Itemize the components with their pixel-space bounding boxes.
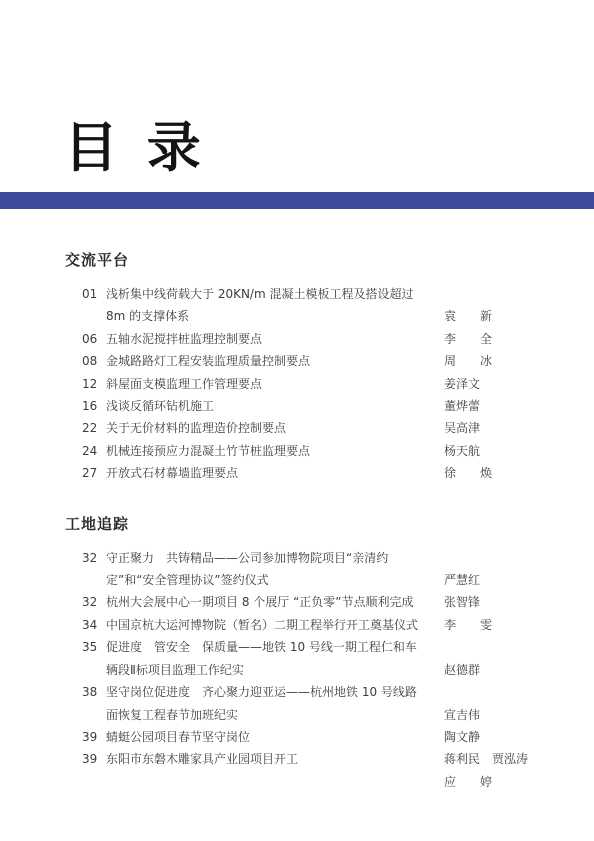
toc-entry: 27 开放式石材幕墙监理要点 徐 焕: [82, 462, 530, 484]
entry-author: 袁 新: [444, 305, 530, 327]
toc-entry: 38 坚守岗位促进度 齐心聚力迎亚运——杭州地铁 10 号线路面恢复工程春节加班…: [82, 681, 530, 726]
entry-title: 东阳市东磐木雕家具产业园项目开工: [106, 748, 426, 793]
entry-author: 宣吉伟: [444, 704, 530, 726]
entry-author: 蒋利民 贾泓涛: [444, 748, 530, 770]
entry-page-number: 01: [82, 283, 106, 328]
entry-author: 李 雯: [444, 614, 530, 636]
entry-page-number: 39: [82, 748, 106, 793]
entry-page-number: 22: [82, 417, 106, 439]
entry-page-number: 38: [82, 681, 106, 726]
toc-entry: 22 关于无价材料的监理造价控制要点 吴高津: [82, 417, 530, 439]
section-heading: 交流平台: [65, 249, 530, 270]
entry-title: 中国京杭大运河博物院（暂名）二期工程举行开工奠基仪式: [106, 614, 426, 636]
entry-title: 守正聚力 共铸精品——公司参加博物院项目“亲清约定”和“安全管理协议”签约仪式: [106, 547, 426, 592]
entry-author: 姜泽文: [444, 373, 530, 395]
entry-authors: 姜泽文: [444, 373, 530, 395]
toc-entry: 35 促进度 管安全 保质量——地铁 10 号线一期工程仁和车辆段Ⅱ标项目监理工…: [82, 636, 530, 681]
entry-page-number: 24: [82, 440, 106, 462]
entry-page-number: 32: [82, 547, 106, 592]
toc-section: 交流平台 01 浅析集中线荷载大于 20KN/m 混凝土模板工程及搭设超过 8m…: [64, 249, 530, 485]
entry-title: 蜻蜓公园项目春节坚守岗位: [106, 726, 426, 748]
entry-title: 机械连接预应力混凝土竹节桩监理要点: [106, 440, 426, 462]
entry-author: 张智锋: [444, 591, 530, 613]
entry-page-number: 34: [82, 614, 106, 636]
section-heading: 工地追踪: [65, 513, 530, 534]
entry-author: 周 冰: [444, 350, 530, 372]
entry-authors: 徐 焕: [444, 462, 530, 484]
toc-entry: 08 金城路路灯工程安装监理质量控制要点 周 冰: [82, 350, 530, 372]
toc-entry: 16 浅谈反循环钻机施工 董烨蕾: [82, 395, 530, 417]
entry-authors: 袁 新: [444, 305, 530, 327]
entry-author: 吴高津: [444, 417, 530, 439]
masthead: 目 录: [0, 0, 594, 174]
entry-title: 浅谈反循环钻机施工: [106, 395, 426, 417]
section-entries: 32 守正聚力 共铸精品——公司参加博物院项目“亲清约定”和“安全管理协议”签约…: [64, 547, 530, 793]
entry-author-secondary: 应 婷: [444, 771, 530, 793]
entry-authors: 李 全: [444, 328, 530, 350]
entry-authors: 杨天航: [444, 440, 530, 462]
toc-section: 工地追踪 32 守正聚力 共铸精品——公司参加博物院项目“亲清约定”和“安全管理…: [64, 513, 530, 793]
toc-entry: 32 守正聚力 共铸精品——公司参加博物院项目“亲清约定”和“安全管理协议”签约…: [82, 547, 530, 592]
toc-entry: 34 中国京杭大运河博物院（暂名）二期工程举行开工奠基仪式 李 雯: [82, 614, 530, 636]
entry-title: 促进度 管安全 保质量——地铁 10 号线一期工程仁和车辆段Ⅱ标项目监理工作纪实: [106, 636, 426, 681]
entry-page-number: 39: [82, 726, 106, 748]
entry-authors: 李 雯: [444, 614, 530, 636]
toc-entry: 32 杭州大会展中心一期项目 8 个展厅 “正负零”节点顺利完成 张智锋: [82, 591, 530, 613]
entry-author: 赵德群: [444, 659, 530, 681]
entry-page-number: 08: [82, 350, 106, 372]
entry-authors: 宣吉伟: [444, 704, 530, 726]
entry-title: 金城路路灯工程安装监理质量控制要点: [106, 350, 426, 372]
entry-authors: 陶文静: [444, 726, 530, 748]
entry-authors: 赵德群: [444, 659, 530, 681]
entry-author: 徐 焕: [444, 462, 530, 484]
entry-page-number: 27: [82, 462, 106, 484]
entry-title: 关于无价材料的监理造价控制要点: [106, 417, 426, 439]
accent-bar: [0, 192, 594, 209]
entry-authors: 董烨蕾: [444, 395, 530, 417]
entry-title: 浅析集中线荷载大于 20KN/m 混凝土模板工程及搭设超过 8m 的支撑体系: [106, 283, 426, 328]
toc-entry: 39 东阳市东磐木雕家具产业园项目开工 蒋利民 贾泓涛 应 婷: [82, 748, 530, 793]
entry-authors: 张智锋: [444, 591, 530, 613]
entry-page-number: 35: [82, 636, 106, 681]
toc-page: 目 录 交流平台 01 浅析集中线荷载大于 20KN/m 混凝土模板工程及搭设超…: [0, 0, 594, 841]
entry-title: 坚守岗位促进度 齐心聚力迎亚运——杭州地铁 10 号线路面恢复工程春节加班纪实: [106, 681, 426, 726]
entry-author: 陶文静: [444, 726, 530, 748]
entry-author: 董烨蕾: [444, 395, 530, 417]
entry-page-number: 06: [82, 328, 106, 350]
toc-entry: 24 机械连接预应力混凝土竹节桩监理要点 杨天航: [82, 440, 530, 462]
entry-author: 杨天航: [444, 440, 530, 462]
entry-page-number: 32: [82, 591, 106, 613]
entry-authors: 周 冰: [444, 350, 530, 372]
section-entries: 01 浅析集中线荷载大于 20KN/m 混凝土模板工程及搭设超过 8m 的支撑体…: [64, 283, 530, 485]
toc-entry: 39 蜻蜓公园项目春节坚守岗位 陶文静: [82, 726, 530, 748]
entry-author: 李 全: [444, 328, 530, 350]
entry-authors: 严慧红: [444, 569, 530, 591]
toc-entry: 01 浅析集中线荷载大于 20KN/m 混凝土模板工程及搭设超过 8m 的支撑体…: [82, 283, 530, 328]
entry-title: 五轴水泥搅拌桩监理控制要点: [106, 328, 426, 350]
entry-page-number: 16: [82, 395, 106, 417]
page-title: 目 录: [64, 120, 594, 174]
entry-title: 斜屋面支模监理工作管理要点: [106, 373, 426, 395]
toc-sections: 交流平台 01 浅析集中线荷载大于 20KN/m 混凝土模板工程及搭设超过 8m…: [0, 249, 594, 793]
toc-entry: 06 五轴水泥搅拌桩监理控制要点 李 全: [82, 328, 530, 350]
entry-page-number: 12: [82, 373, 106, 395]
toc-entry: 12 斜屋面支模监理工作管理要点 姜泽文: [82, 373, 530, 395]
entry-title: 杭州大会展中心一期项目 8 个展厅 “正负零”节点顺利完成: [106, 591, 426, 613]
entry-author: 严慧红: [444, 569, 530, 591]
entry-authors: 蒋利民 贾泓涛 应 婷: [444, 748, 530, 793]
entry-authors: 吴高津: [444, 417, 530, 439]
entry-title: 开放式石材幕墙监理要点: [106, 462, 426, 484]
